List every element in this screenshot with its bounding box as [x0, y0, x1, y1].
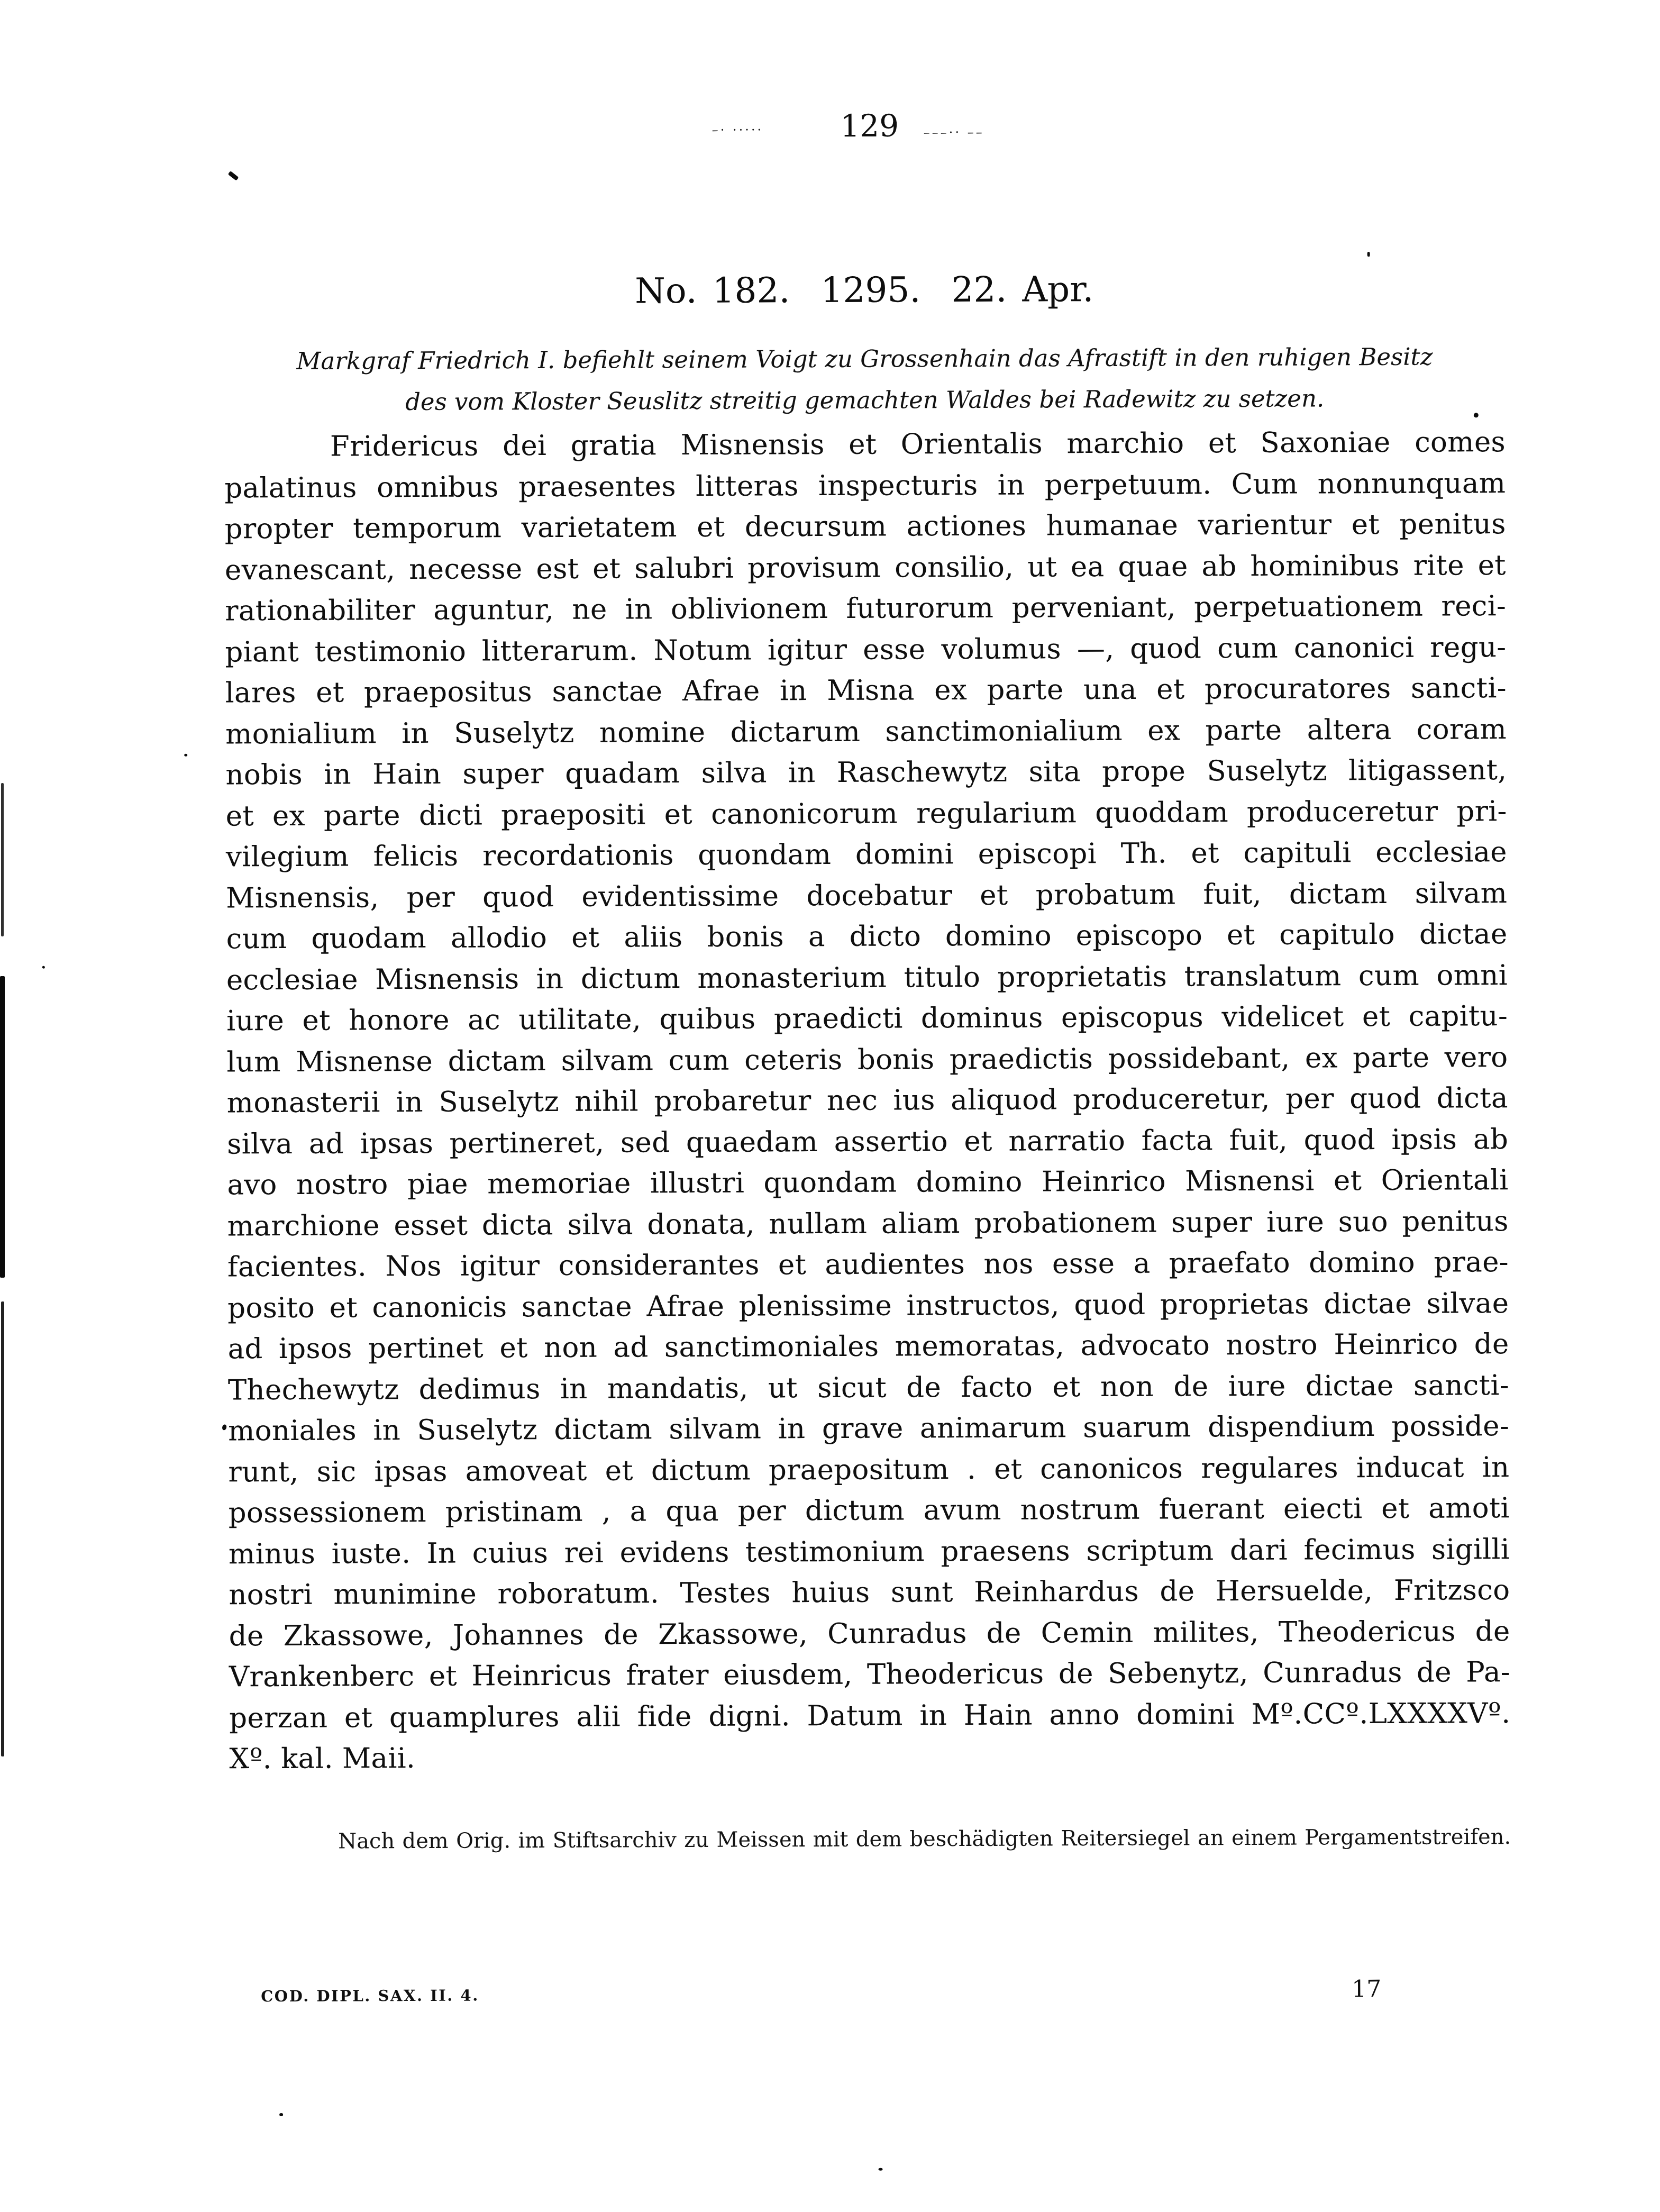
body-line: posito et canonicis sanctae Afrae plenis… [227, 1283, 1509, 1329]
ink-speck [1474, 413, 1479, 417]
charter-summary: Markgraf Friedrich I. befiehlt seinem Vo… [213, 336, 1516, 423]
header-rule-right-icon: –––·· –– [924, 125, 984, 140]
body-line: marchione esset dicta silva donata, null… [227, 1201, 1509, 1247]
body-line: moniales in Suselytz dictam silvam in gr… [228, 1406, 1509, 1452]
body-line: evanescant, necesse est et salubri provi… [225, 545, 1506, 591]
body-line: palatinus omnibus praesentes litteras in… [224, 463, 1506, 509]
body-line: lum Misnense dictam silvam cum ceteris b… [226, 1037, 1508, 1083]
body-line: de Zkassowe, Johannes de Zkassowe, Cunra… [229, 1611, 1510, 1657]
body-line: avo nostro piae memoriae illustri quonda… [227, 1160, 1508, 1206]
scanned-page: –· ····· 129 –––·· –– No. 182. 1295. 22.… [0, 0, 1660, 2212]
body-line: Vrankenberc et Heinricus frater eiusdem,… [229, 1652, 1510, 1698]
summary-line: Markgraf Friedrich I. befiehlt seinem Vo… [213, 336, 1516, 382]
charter-text: Fridericus dei gratia Misnensis et Orien… [224, 422, 1511, 1780]
body-line: nostri munimine roboratum. Testes huius … [229, 1570, 1510, 1616]
ink-speck [222, 1424, 227, 1431]
body-line: runt, sic ipsas amoveat et dictum praepo… [228, 1447, 1509, 1493]
scan-edge-artifact [1, 783, 4, 936]
body-line: vilegium felicis recordationis quondam d… [226, 832, 1507, 878]
pen-mark [228, 171, 239, 181]
body-line: Xº. kal. Maii. [229, 1734, 1510, 1780]
body-line: iure et honore ac utilitate, quibus prae… [226, 996, 1508, 1042]
body-line: cum quodam allodio et aliis bonis a dict… [226, 914, 1507, 960]
ink-speck [184, 754, 187, 757]
series-signature: COD. DIPL. SAX. II. 4. [261, 1987, 479, 2006]
header-rule-left-icon: –· ····· [712, 122, 764, 137]
body-line: Misnensis, per quod evidentissime doceba… [226, 873, 1507, 919]
body-line: minus iuste. In cuius rei evidens testim… [229, 1529, 1510, 1575]
ink-speck [279, 2113, 283, 2116]
body-line: Fridericus dei gratia Misnensis et Orien… [224, 422, 1506, 468]
body-line: silva ad ipsas pertineret, sed quaedam a… [227, 1119, 1508, 1165]
summary-line: des vom Kloster Seuslitz streitig gemach… [214, 377, 1516, 423]
charter-heading: No. 182. 1295. 22. Apr. [224, 267, 1505, 313]
body-line: Thechewytz dedimus in mandatis, ut sicut… [228, 1365, 1509, 1411]
body-line: nobis in Hain super quadam silva in Rasc… [225, 750, 1507, 796]
page-number: 129 [811, 107, 928, 144]
body-line: piant testimonio litterarum. Notum igitu… [225, 627, 1506, 673]
body-line: lares et praepositus sanctae Afrae in Mi… [225, 668, 1507, 714]
body-line: ad ipsos pertinet et non ad sanctimonial… [227, 1324, 1509, 1370]
scan-edge-artifact [0, 976, 5, 1278]
ink-speck [1367, 252, 1370, 257]
scan-edge-artifact [1, 1301, 4, 1756]
body-line: possessionem pristinam , a qua per dictu… [229, 1488, 1510, 1534]
sheet-number: 17 [1352, 1976, 1381, 2002]
body-line: rationabiliter aguntur, ne in oblivionem… [225, 586, 1506, 632]
body-line: facientes. Nos igitur considerantes et a… [227, 1242, 1509, 1288]
body-line: monialium in Suselytz nomine dictarum sa… [225, 709, 1507, 755]
body-line: monasterii in Suselytz nihil probaretur … [227, 1078, 1508, 1124]
body-line: et ex parte dicti praepositi et canonico… [226, 791, 1507, 837]
body-line: perzan et quamplures alii fide digni. Da… [229, 1693, 1510, 1739]
ink-speck [42, 966, 45, 969]
source-footnote: Nach dem Orig. im Stiftsarchiv zu Meisse… [230, 1822, 1511, 1857]
body-line: propter temporum varietatem et decursum … [224, 504, 1506, 550]
ink-speck [879, 2168, 883, 2171]
body-line: ecclesiae Misnensis in dictum monasteriu… [226, 955, 1508, 1001]
